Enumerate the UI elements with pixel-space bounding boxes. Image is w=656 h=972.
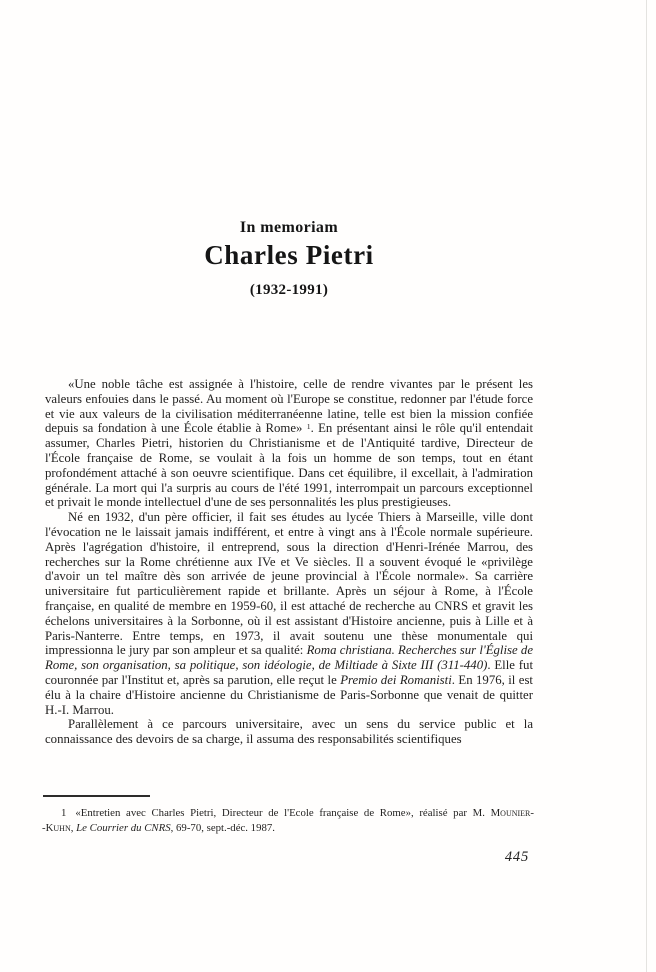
page-header: In memoriam Charles Pietri (1932-1991) xyxy=(45,218,533,299)
text-smallcaps: -Kuhn, xyxy=(42,822,73,834)
footnote-reference: 1 xyxy=(307,422,311,431)
paragraph: Parallèlement à ce parcours universitair… xyxy=(45,717,533,747)
text-run: Né en 1932, d'un père officier, il fait … xyxy=(45,510,533,657)
paragraph: Né en 1932, d'un père officier, il fait … xyxy=(45,510,533,717)
text-italic: Premio dei Romanisti xyxy=(340,673,452,687)
in-memoriam-kicker: In memoriam xyxy=(45,218,533,237)
footnote-line: 1«Entretien avec Charles Pietri, Directe… xyxy=(42,806,534,821)
footnote-line: -Kuhn, Le Courrier du CNRS, 69-70, sept.… xyxy=(42,821,534,836)
footnote-number: 1 xyxy=(61,807,75,819)
footnote-separator xyxy=(43,795,150,797)
paragraph: «Une noble tâche est assignée à l'histoi… xyxy=(45,377,533,510)
text-run: Parallèlement à ce parcours universitair… xyxy=(45,717,533,746)
scan-edge-line xyxy=(646,0,647,972)
text-run: «Entretien avec Charles Pietri, Directeu… xyxy=(75,807,490,819)
article-paragraphs: «Une noble tâche est assignée à l'histoi… xyxy=(45,377,533,747)
footnote: 1«Entretien avec Charles Pietri, Directe… xyxy=(42,806,534,835)
page-number: 445 xyxy=(45,849,529,866)
life-dates: (1932-1991) xyxy=(45,281,533,299)
text-smallcaps: Mounier- xyxy=(491,807,534,819)
text-italic: Le Courrier du CNRS xyxy=(76,822,170,834)
scanned-page: In memoriam Charles Pietri (1932-1991) «… xyxy=(0,0,656,972)
text-run: , 69-70, sept.-déc. 1987. xyxy=(171,822,275,834)
page-title: Charles Pietri xyxy=(45,240,533,270)
